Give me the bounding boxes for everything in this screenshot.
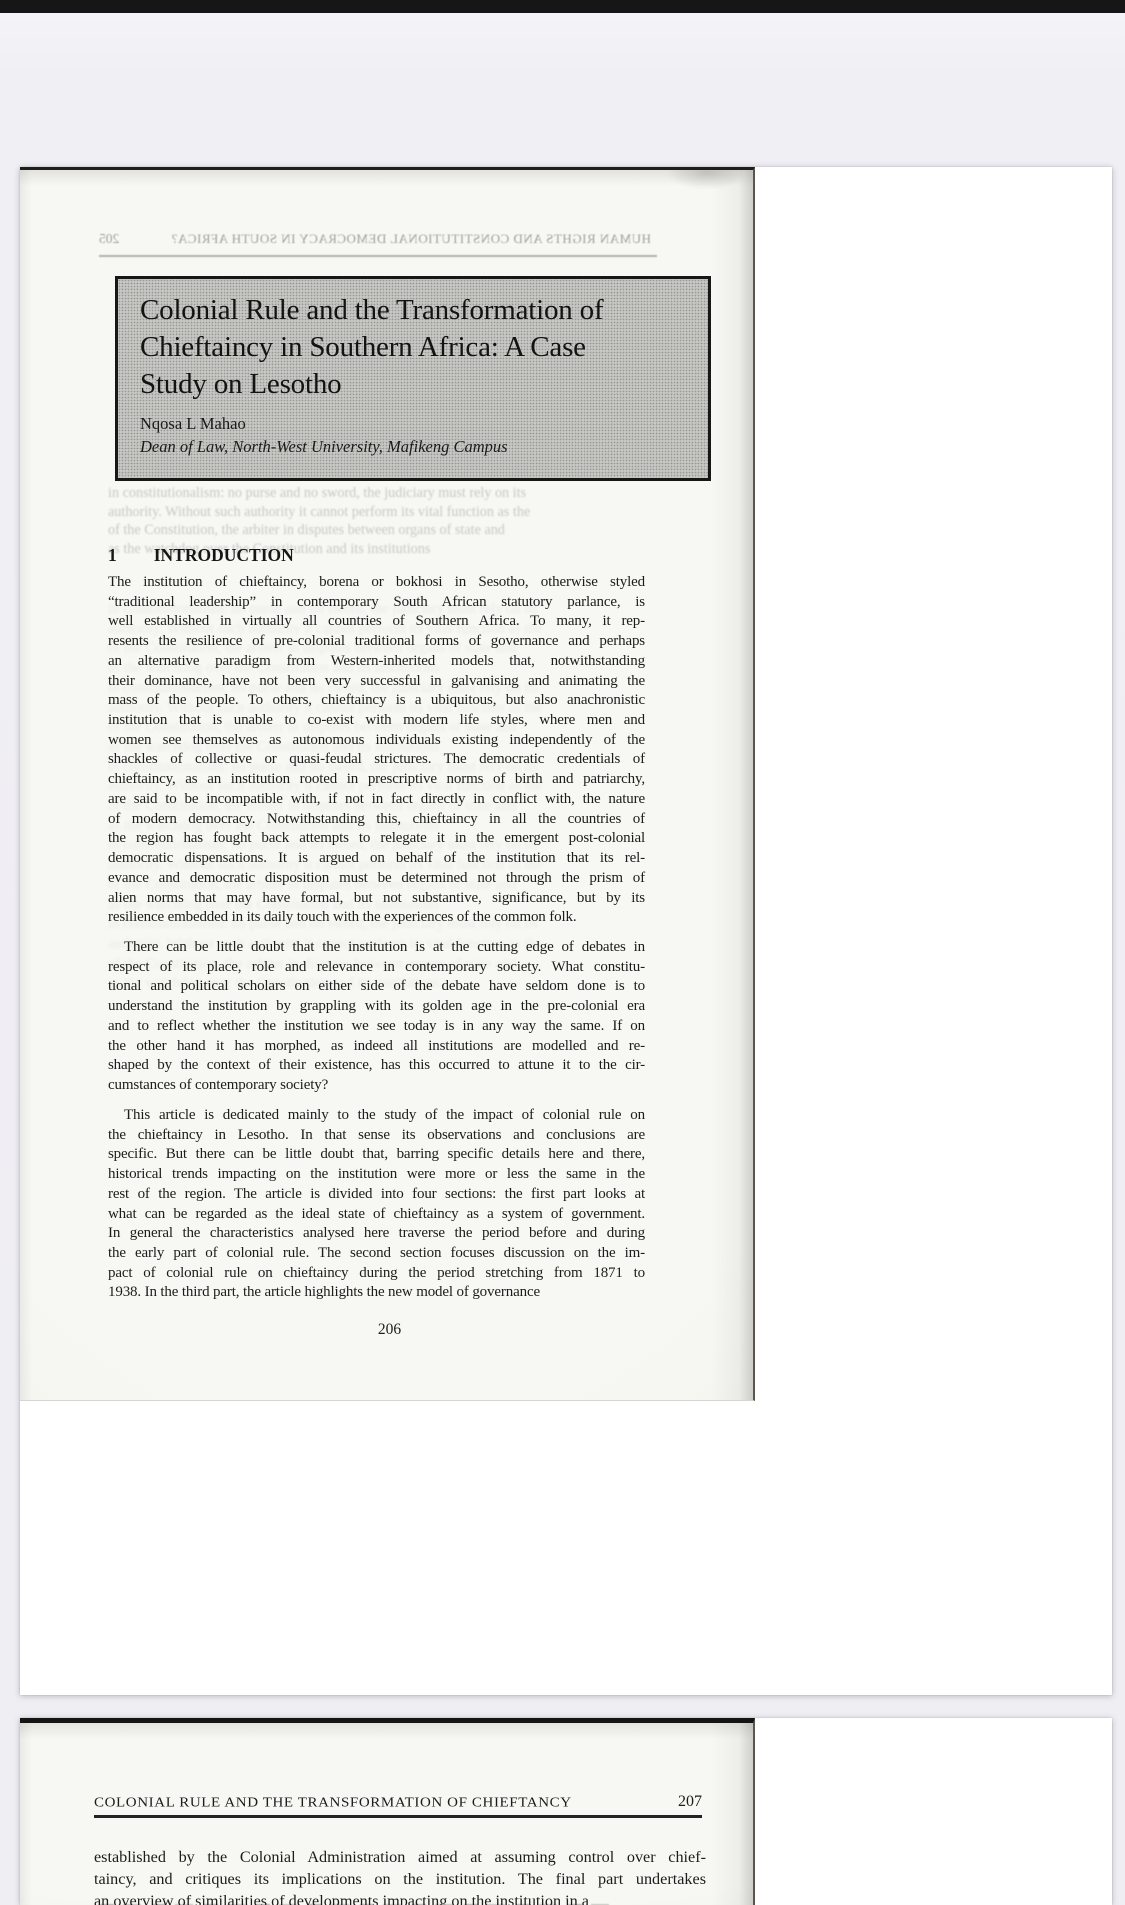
body-paragraph-1: The institution of chieftaincy, borena o… — [108, 573, 645, 928]
text-line: are said to be incompatible with, if not… — [108, 790, 645, 810]
article-title: Colonial Rule and the Transformation ofC… — [140, 292, 688, 403]
text-line: Chieftaincy in Southern Africa: A Case — [140, 329, 688, 366]
text-line: “traditional leadership” in contemporary… — [108, 593, 645, 613]
running-header-rule — [94, 1815, 702, 1818]
running-header-page-number: 207 — [678, 1793, 702, 1811]
text-line: shackles of collective or quasi-feudal s… — [108, 750, 645, 770]
showthrough-running-header: HUMAN RIGHTS AND CONSTITUTIONAL DEMOCRAC… — [99, 231, 651, 251]
text-line: respect of its place, role and relevance… — [108, 958, 645, 978]
text-line: taincy, and critiques its implications o… — [94, 1869, 706, 1891]
scanned-page-207: COLONIAL RULE AND THE TRANSFORMATION OF … — [20, 1718, 755, 1905]
text-line: the early part of colonial rule. The sec… — [108, 1244, 645, 1264]
text-line: historical trends impacting on the insti… — [108, 1165, 645, 1185]
text-line: rest of the region. The article is divid… — [108, 1185, 645, 1205]
body-paragraph-3: This article is dedicated mainly to the … — [108, 1106, 645, 1303]
page-sheet-1: HUMAN RIGHTS AND CONSTITUTIONAL DEMOCRAC… — [20, 167, 1112, 1695]
text-line: specific. But there can be little doubt … — [108, 1145, 645, 1165]
text-line: Colonial Rule and the Transformation of — [140, 292, 688, 329]
article-author: Nqosa L Mahao — [140, 414, 688, 434]
text-line: resilience embedded in its daily touch w… — [108, 908, 645, 928]
text-line: their dominance, have not been very succ… — [108, 672, 645, 692]
text-line: an overview of similarities of developme… — [94, 1891, 706, 1905]
text-line: democratic dispensations. It is argued o… — [108, 849, 645, 869]
text-line: cumstances of contemporary society? — [108, 1076, 645, 1096]
page-sheet-2: COLONIAL RULE AND THE TRANSFORMATION OF … — [20, 1718, 1112, 1905]
text-line: the other hand it has morphed, as indeed… — [108, 1037, 645, 1057]
text-line: the region has fought back attempts to r… — [108, 829, 645, 849]
text-line: what can be regarded as the ideal state … — [108, 1205, 645, 1225]
article-title-block: Colonial Rule and the Transformation ofC… — [115, 276, 711, 481]
text-line: In general the characteristics analysed … — [108, 1224, 645, 1244]
text-line: authority. Without such authority it can… — [108, 503, 653, 522]
text-line: and to reflect whether the institution w… — [108, 1017, 645, 1037]
text-line: There can be little doubt that the insti… — [108, 938, 645, 958]
page-number: 206 — [108, 1321, 645, 1339]
running-header: COLONIAL RULE AND THE TRANSFORMATION OF … — [94, 1793, 702, 1811]
text-line: pact of colonial rule on chieftaincy dur… — [108, 1264, 645, 1284]
top-bar — [0, 0, 1125, 13]
text-line: alien norms that may have formal, but no… — [108, 889, 645, 909]
text-line: The institution of chieftaincy, borena o… — [108, 573, 645, 593]
text-line: tional and political scholars on either … — [108, 977, 645, 997]
section-label: INTRODUCTION — [154, 545, 294, 565]
article-author-affiliation: Dean of Law, North-West University, Mafi… — [140, 437, 688, 457]
text-line: This article is dedicated mainly to the … — [108, 1106, 645, 1126]
text-line: shaped by the context of their existence… — [108, 1056, 645, 1076]
text-line: resents the resilience of pre-colonial t… — [108, 632, 645, 652]
section-heading: 1INTRODUCTION — [108, 545, 294, 566]
text-line: chieftaincy, as an institution rooted in… — [108, 770, 645, 790]
text-line: Study on Lesotho — [140, 366, 688, 403]
body-paragraph-4: established by the Colonial Administrati… — [94, 1847, 706, 1905]
text-line: the chieftaincy in Lesotho. In that sens… — [108, 1126, 645, 1146]
text-line: understand the institution by grappling … — [108, 997, 645, 1017]
showthrough-rule — [99, 255, 657, 257]
showthrough-header-title: HUMAN RIGHTS AND CONSTITUTIONAL DEMOCRAC… — [171, 231, 651, 247]
text-line: 1938. In the third part, the article hig… — [108, 1283, 645, 1303]
text-line: established by the Colonial Administrati… — [94, 1847, 706, 1869]
text-line: of the Constitution, the arbiter in disp… — [108, 521, 653, 540]
text-line: institution that is unable to co-exist w… — [108, 711, 645, 731]
text-line: in constitutionalism: no purse and no sw… — [108, 484, 653, 503]
showthrough-header-page-number: 205 — [99, 231, 119, 247]
text-line: an alternative paradigm from Western-inh… — [108, 652, 645, 672]
text-line: women see themselves as autonomous indiv… — [108, 731, 645, 751]
text-line: well established in virtually all countr… — [108, 612, 645, 632]
text-line: mass of the people. To others, chieftain… — [108, 691, 645, 711]
scanned-page-206: HUMAN RIGHTS AND CONSTITUTIONAL DEMOCRAC… — [20, 167, 755, 1401]
text-line: evance and democratic disposition must b… — [108, 869, 645, 889]
text-line: of modern democracy. Notwithstanding thi… — [108, 810, 645, 830]
body-paragraph-2: There can be little doubt that the insti… — [108, 938, 645, 1096]
viewer-background: { "viewer": { "top_bar_color": "#161616"… — [0, 0, 1125, 1905]
running-header-title: COLONIAL RULE AND THE TRANSFORMATION OF … — [94, 1795, 572, 1811]
section-number: 1 — [108, 545, 117, 565]
